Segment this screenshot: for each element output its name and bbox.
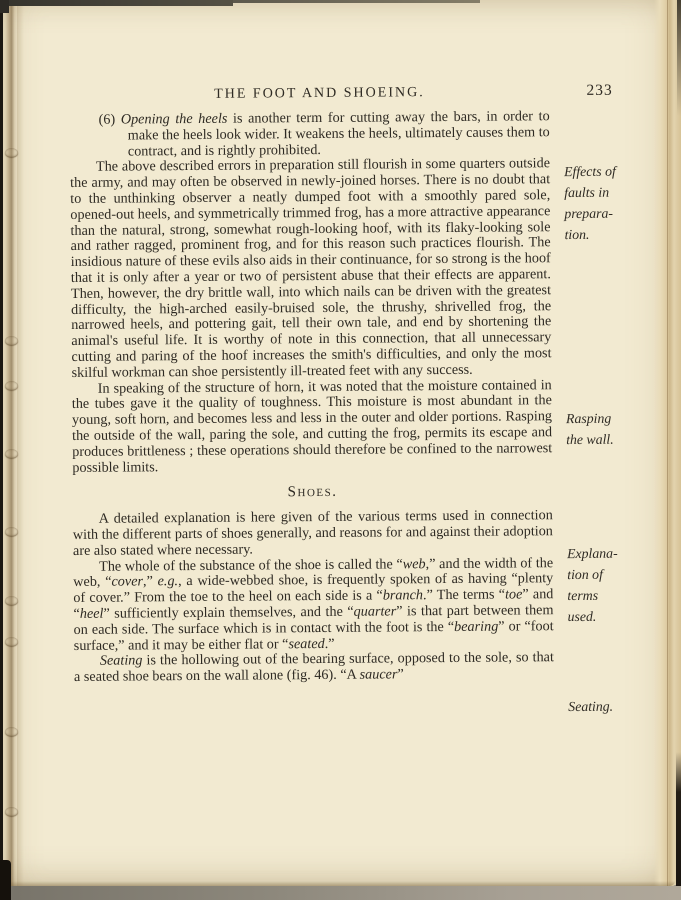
body-text-column: (6) Opening the heels is another term fo… [70,109,554,686]
stitch-knot [5,381,18,390]
stitch-knot [5,148,18,157]
scanner-top-edge-thin [233,0,480,3]
paragraph-opening-heels: (6) Opening the heels is another term fo… [70,109,550,160]
scanner-top-edge [0,0,233,6]
paragraph-seating: Seating is the hollowing out of the bear… [74,650,554,685]
stitch-knot [5,336,18,345]
page-number: 233 [586,82,612,100]
section-heading-shoes: Shoes. [73,484,553,504]
paragraph-preparation-errors: The above described errors in preparatio… [70,157,552,382]
fore-edge-dark-top [677,0,681,116]
page-content: THE FOOT AND SHOEING. 233 (6) Opening th… [0,0,681,900]
paragraph-moisture-rasping: In speaking of the structure of horn, it… [72,378,553,477]
scanner-top-corner [0,0,9,13]
stitch-knot [5,596,18,605]
scanner-bottom-strip [0,886,681,900]
fore-edge-line [667,0,668,886]
running-header-row: THE FOOT AND SHOEING. [69,82,569,104]
stitch-knot [5,527,18,536]
page-crease [17,0,24,886]
fore-edge-dark-bottom [676,752,681,886]
paragraph-terms-intro: A detailed explanation is here given of … [73,508,553,559]
stitch-knot [5,637,18,646]
running-header: THE FOOT AND SHOEING. [214,85,425,102]
stitch-knot [5,449,18,458]
scanned-book-page: THE FOOT AND SHOEING. 233 (6) Opening th… [0,0,681,900]
spine-shadow-edge [0,5,3,871]
stitch-knot [5,807,18,816]
paragraph-terms-detail: The whole of the substance of the shoe i… [73,556,554,655]
stitch-knot [5,727,18,736]
bottom-left-corner-shadow [0,860,11,900]
